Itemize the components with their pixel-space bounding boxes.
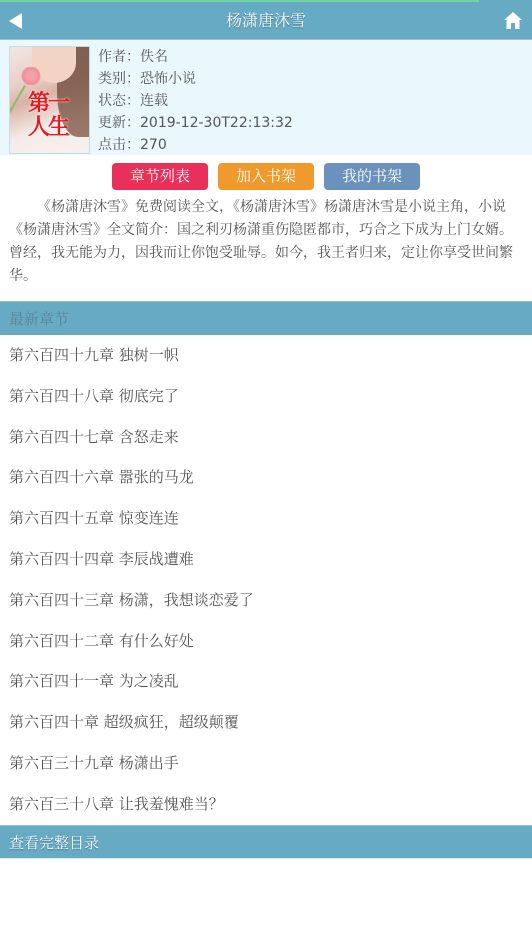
home-icon[interactable]	[504, 12, 522, 29]
chapter-item[interactable]: 第六百四十七章 含怒走来	[0, 417, 532, 458]
page-load-progress	[0, 0, 479, 2]
book-author: 作者：佚名	[98, 46, 293, 68]
book-info-panel: 第一人生 作者：佚名 类别：恐怖小说 状态：连载 更新：2019-12-30T2…	[0, 40, 532, 155]
book-updated: 更新：2019-12-30T22:13:32	[98, 112, 293, 134]
chapter-item[interactable]: 第六百四十五章 惊变连连	[0, 498, 532, 539]
my-shelf-button[interactable]: 我的书架	[324, 163, 420, 190]
chapter-item[interactable]: 第六百三十八章 让我羞愧难当？	[0, 784, 532, 825]
chapter-item[interactable]: 第六百四十六章 嚣张的马龙	[0, 457, 532, 498]
chapter-item[interactable]: 第六百四十四章 李辰战遭难	[0, 539, 532, 580]
book-clicks: 点击：270	[98, 134, 293, 156]
chapter-item[interactable]: 第六百四十八章 彻底完了	[0, 376, 532, 417]
book-cover-image: 第一人生	[9, 46, 90, 154]
view-full-catalog-link[interactable]: 查看完整目录	[0, 825, 532, 859]
chapter-list: 第六百四十九章 独树一帜 第六百四十八章 彻底完了 第六百四十七章 含怒走来 第…	[0, 335, 532, 825]
book-intro: 《杨潇唐沐雪》免费阅读全文，《杨潇唐沐雪》杨潇唐沐雪是小说主角，小说《杨潇唐沐雪…	[0, 194, 532, 301]
book-category: 类别：恐怖小说	[98, 68, 293, 90]
chapter-item[interactable]: 第六百四十九章 独树一帜	[0, 335, 532, 376]
cover-art-flower	[20, 67, 42, 85]
book-meta: 作者：佚名 类别：恐怖小说 状态：连载 更新：2019-12-30T22:13:…	[98, 46, 293, 149]
chapter-list-button[interactable]: 章节列表	[112, 163, 208, 190]
chapter-item[interactable]: 第六百四十三章 杨潇，我想谈恋爱了	[0, 580, 532, 621]
chapter-item[interactable]: 第六百四十二章 有什么好处	[0, 621, 532, 662]
top-nav-bar: 杨潇唐沐雪	[0, 0, 532, 40]
cover-title-text: 第一人生	[28, 91, 78, 139]
page-title: 杨潇唐沐雪	[0, 0, 532, 42]
back-arrow-icon[interactable]	[9, 13, 22, 29]
latest-chapters-heading: 最新章节	[0, 301, 532, 335]
chapter-item[interactable]: 第六百三十九章 杨潇出手	[0, 743, 532, 784]
book-status: 状态：连载	[98, 90, 293, 112]
action-buttons: 章节列表 加入书架 我的书架	[0, 155, 532, 194]
cover-art-stem	[9, 85, 26, 121]
chapter-item[interactable]: 第六百四十一章 为之凌乱	[0, 661, 532, 702]
chapter-item[interactable]: 第六百四十章 超级疯狂，超级颠覆	[0, 702, 532, 743]
add-to-shelf-button[interactable]: 加入书架	[218, 163, 314, 190]
